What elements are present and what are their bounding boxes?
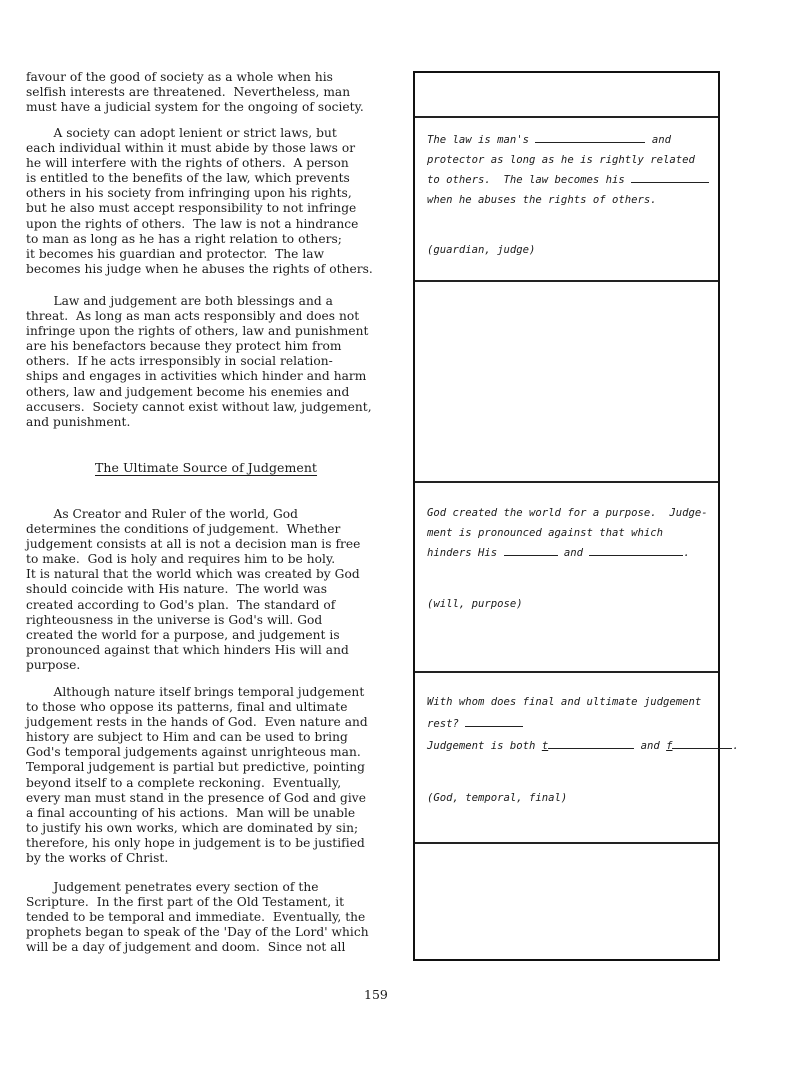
text-line: must have a judicial system for the ongo… (26, 100, 364, 115)
frame-3: God created the world for a purpose. Jud… (415, 481, 718, 672)
text-line: righteousness in the universe is God's w… (26, 613, 360, 628)
frame-text: . (732, 740, 738, 752)
frame-line: God created the world for a purpose. Jud… (427, 503, 712, 523)
text-line: and punishment. (26, 415, 372, 430)
text-line: others. If he acts irresponsibly in soci… (26, 354, 372, 369)
text-line: a final accounting of his actions. Man w… (26, 806, 368, 821)
frame-answer: (will, purpose) (427, 598, 523, 610)
frame-text: when he abuses the rights of others. (427, 194, 657, 206)
frame-answer: (God, temporal, final) (427, 792, 567, 804)
frame-line: hinders His and . (427, 543, 712, 563)
text-line: created the world for a purpose, and jud… (26, 628, 360, 643)
paragraph-1: favour of the good of society as a whole… (26, 70, 364, 115)
text-line: judgement consists at all is not a decis… (26, 537, 360, 552)
answer-blank[interactable] (548, 736, 634, 749)
text-line: favour of the good of society as a whole… (26, 70, 364, 85)
text-line: Scripture. In the first part of the Old … (26, 895, 369, 910)
frame-question: The law is man's andprotector as long as… (427, 130, 712, 210)
answer-blank[interactable] (535, 130, 645, 143)
frame-line: when he abuses the rights of others. (427, 190, 712, 210)
frame-text: and (634, 740, 666, 752)
frame-text: God created the world for a purpose. Jud… (427, 507, 708, 519)
text-line: therefore, his only hope in judgement is… (26, 836, 368, 851)
text-line: beyond itself to a complete reckoning. E… (26, 776, 368, 791)
text-line: pronounced against that which hinders Hi… (26, 643, 360, 658)
frame-text: rest? (427, 718, 465, 730)
text-line: by the works of Christ. (26, 851, 368, 866)
frame-question: God created the world for a purpose. Jud… (427, 503, 712, 563)
answer-blank[interactable] (672, 736, 732, 749)
frame-5 (415, 842, 718, 959)
text-line: are his benefactors because they protect… (26, 339, 372, 354)
frame-text: . (683, 547, 689, 559)
text-line: it becomes his guardian and protector. T… (26, 247, 373, 262)
frame-text: With whom does final and ultimate judgem… (427, 696, 701, 708)
text-line: but he also must accept responsibility t… (26, 201, 373, 216)
frame-text: The law is man's (427, 134, 535, 146)
frame-line: ment is pronounced against that which (427, 523, 712, 543)
text-line: Law and judgement are both blessings and… (26, 294, 372, 309)
answer-blank[interactable] (504, 543, 558, 556)
text-line: God's temporal judgements against unrigh… (26, 745, 368, 760)
frame-text: and (558, 547, 590, 559)
text-line: determines the conditions of judgement. … (26, 522, 360, 537)
text-line: upon the rights of others. The law is no… (26, 217, 373, 232)
paragraph-2: A society can adopt lenient or strict la… (26, 126, 373, 277)
text-line: purpose. (26, 658, 360, 673)
answer-blank[interactable] (465, 714, 523, 727)
answer-blank[interactable] (631, 170, 709, 183)
frame-line: With whom does final and ultimate judgem… (427, 691, 712, 713)
paragraph-3: Law and judgement are both blessings and… (26, 294, 372, 430)
text-line: judgement rests in the hands of God. Eve… (26, 715, 368, 730)
frame-text: Judgement is both (427, 740, 542, 752)
page-number: 159 (364, 987, 388, 1002)
frame-line: The law is man's and (427, 130, 712, 150)
text-line: he will interfere with the rights of oth… (26, 156, 373, 171)
text-line: each individual within it must abide by … (26, 141, 373, 156)
text-line: selfish interests are threatened. Nevert… (26, 85, 364, 100)
frame-question: With whom does final and ultimate judgem… (427, 691, 712, 757)
frame-0 (415, 73, 718, 117)
text-line: It is natural that the world which was c… (26, 567, 360, 582)
text-line: As Creator and Ruler of the world, God (26, 507, 360, 522)
frame-1: The law is man's andprotector as long as… (415, 116, 718, 281)
frame-line: Judgement is both t and f. (427, 735, 712, 757)
text-line: infringe upon the rights of others, law … (26, 324, 372, 339)
text-line: will be a day of judgement and doom. Sin… (26, 940, 369, 955)
frame-text: to others. The law becomes his (427, 174, 631, 186)
text-line: every man must stand in the presence of … (26, 791, 368, 806)
frame-4: With whom does final and ultimate judgem… (415, 671, 718, 843)
frame-text: ment is pronounced against that which (427, 527, 663, 539)
text-line: history are subject to Him and can be us… (26, 730, 368, 745)
text-line: to man as long as he has a right relatio… (26, 232, 373, 247)
frame-2 (415, 280, 718, 482)
text-line: should coincide with His nature. The wor… (26, 582, 360, 597)
document-page: favour of the good of society as a whole… (0, 0, 799, 1078)
programmed-frames-box: The law is man's andprotector as long as… (413, 71, 720, 961)
text-line: others in his society from infringing up… (26, 186, 373, 201)
paragraph-6: Judgement penetrates every section of th… (26, 880, 369, 955)
section-heading: The Ultimate Source of Judgement (95, 460, 317, 475)
text-line: becomes his judge when he abuses the rig… (26, 262, 373, 277)
text-line: Although nature itself brings temporal j… (26, 685, 368, 700)
paragraph-5: Although nature itself brings temporal j… (26, 685, 368, 866)
text-line: to justify his own works, which are domi… (26, 821, 368, 836)
paragraph-4: As Creator and Ruler of the world, God d… (26, 507, 360, 673)
answer-blank[interactable] (589, 543, 683, 556)
text-line: created according to God's plan. The sta… (26, 598, 360, 613)
text-line: accusers. Society cannot exist without l… (26, 400, 372, 415)
frame-line: to others. The law becomes his (427, 170, 712, 190)
text-line: to those who oppose its patterns, final … (26, 700, 368, 715)
frame-line: protector as long as he is rightly relat… (427, 150, 712, 170)
text-line: Temporal judgement is partial but predic… (26, 760, 368, 775)
text-line: Judgement penetrates every section of th… (26, 880, 369, 895)
text-line: is entitled to the benefits of the law, … (26, 171, 373, 186)
text-line: prophets began to speak of the 'Day of t… (26, 925, 369, 940)
text-line: ships and engages in activities which hi… (26, 369, 372, 384)
frame-text: protector as long as he is rightly relat… (427, 154, 695, 166)
frame-text: and (645, 134, 671, 146)
text-line: others, law and judgement become his ene… (26, 385, 372, 400)
text-line: threat. As long as man acts responsibly … (26, 309, 372, 324)
frame-answer: (guardian, judge) (427, 244, 535, 256)
text-line: A society can adopt lenient or strict la… (26, 126, 373, 141)
text-line: tended to be temporal and immediate. Eve… (26, 910, 369, 925)
text-line: to make. God is holy and requires him to… (26, 552, 360, 567)
frame-text: hinders His (427, 547, 504, 559)
frame-line: rest? (427, 713, 712, 735)
